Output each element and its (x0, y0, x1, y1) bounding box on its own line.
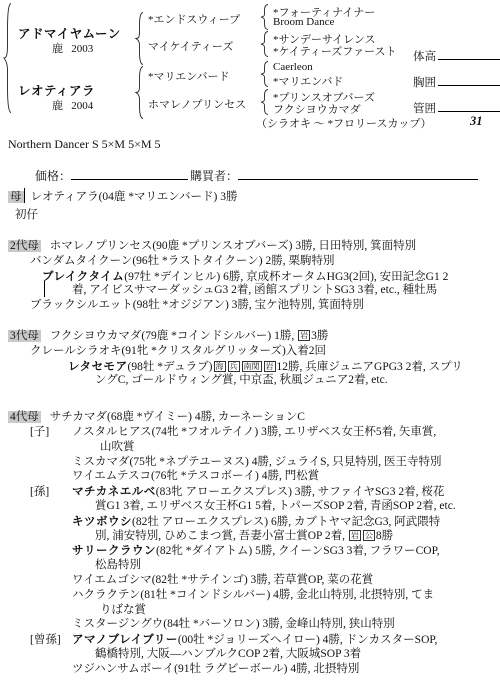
pedigree-line: ハクラクテン(81牡 *コインドシルバー) 4勝, 金北山特別, 北摂特別, て… (0, 588, 500, 603)
family-sections: 2代母ホマレノプリンセス(90鹿 *プリンスオブバーズ) 3勝, 日田特別, 箕… (0, 239, 500, 677)
line-text: フクシヨウカマダ(79鹿 *コインドシルバー) 1勝, (50, 330, 297, 342)
line-text: ノスタルヒアス(74牝 *フオルテイノ) 3勝, エリザベス女王杯5着, 矢車賞… (72, 426, 436, 438)
line-text: (82牡 アローエクスプレス) 6勝, カブトヤマ記念G3, 阿武隈特 (132, 516, 440, 528)
horse-name-bold: レタセモア (68, 359, 128, 373)
line-text: ブラックシルエット(98牡 *オジジアン) 3勝, 宝ケ池特別, 箕面特別 (30, 299, 364, 311)
measurement-label: 管囲 (413, 103, 436, 115)
line-text: サチカマダ(68鹿 *ヴイミー) 4勝, カーネーションC (50, 411, 305, 423)
buyer-label: 購買者： (190, 169, 238, 183)
pedigree-line: サリークラウン(82牝 *ダイアトム) 5勝, クイーンSG3 3着, フラワー… (0, 543, 500, 558)
pedigree-line: ブレイクタイム(97牡 *デインヒル) 6勝, 京成杯オータムHG3(2回), … (0, 269, 500, 284)
measurement-blank (438, 101, 500, 112)
tree-bar (24, 188, 25, 203)
horse-name-bold: マチカネエルベ (72, 484, 156, 498)
line-text: 別, 浦安特別, ひめこまつ賞, 吾妻小富士賞OP 2着, (95, 530, 348, 542)
line-text: りばな賞 (100, 604, 146, 616)
line-text: 鶴橋特別, 大阪―ハンブルクCOP 2着, 大阪城SOP 3着 (95, 648, 361, 660)
pedigree-line: 松島特別 (0, 558, 500, 573)
line-text: 松島特別 (95, 559, 141, 571)
line-text: ミスタージングウ(84牡 *バーソロン) 3勝, 金峰山特別, 狭山特別 (72, 618, 395, 630)
pedigree-brace (259, 31, 271, 57)
sire-year: 2003 (71, 43, 93, 55)
pedigree-line: ングC, ゴールドウィング賞, 中京盃, 秋風ジュニア2着, etc. (0, 373, 500, 388)
dam-dam: ホマレノプリンセス (148, 96, 246, 112)
line-text: ハクラクテン(81牡 *コインドシルバー) 4勝, 金北山特別, 北摂特別, て… (72, 589, 434, 601)
generation-label: 4代母 (8, 411, 41, 423)
line-text: ホマレノプリンセス(90鹿 *プリンスオブバーズ) 3勝, 日田特別, 箕面特別 (50, 240, 416, 252)
first-foal-note: 初仔 (15, 206, 237, 222)
pedigree-line: 別, 浦安特別, ひめこまつ賞, 吾妻小富士賞OP 2着, 岩公8勝 (0, 529, 500, 544)
buyer-blank (238, 168, 478, 180)
relation-label: [子] (30, 425, 72, 440)
dam-year: 2004 (71, 100, 93, 112)
inbreeding-note: Northern Dancer S 5×M 5×M 5 (8, 137, 161, 152)
measurement-blank (438, 75, 500, 86)
line-text: バンダムタイクーン(96牡 *ラストタイクーン) 2勝, 栗駒特別 (30, 255, 334, 267)
pedigree-line: ツジハンサムボーイ(91牡 ラグビーボール) 4勝, 北摂特別 (0, 662, 500, 677)
pedigree-brace (259, 61, 271, 87)
pedigree-line: 賞G1 3着, エリザベス女王杯G1 5着, トパーズSOP 2着, 青函SOP… (0, 499, 500, 514)
pedigree-line: バンダムタイクーン(96牡 *ラストタイクーン) 2勝, 栗駒特別 (0, 254, 500, 269)
relation-label: [孫] (30, 485, 72, 500)
dam-record: 母レオティアラ(04鹿 *マリエンバード) 3勝 初仔 (8, 188, 237, 222)
pedigree-line: 山吹賞 (0, 440, 500, 455)
pedigree-line: レタセモア(98牡 *デュラブ)海兵南関岩12勝, 兵庫ジュニアGPG3 2着,… (0, 359, 500, 374)
line-text: 着, アイビスサマーダッシュG3 2着, 函館スプリントSG3 3着, etc.… (72, 284, 437, 296)
price-blank (71, 168, 188, 180)
regional-circuit-box: 岩 (349, 530, 361, 541)
family-line: （シラオキ ～ *フロリースカップ） (256, 115, 431, 131)
line-text: (83牝 アローエクスプレス) 3勝, サファイヤSG3 2着, 桜花 (156, 486, 445, 498)
line-text: (82牝 *ダイアトム) 5勝, クイーンSG3 3着, フラワーCOP, (156, 545, 440, 557)
dam-sire: *マリエンバード (148, 68, 230, 84)
dam-record-text: レオティアラ(04鹿 *マリエンバード) 3勝 (31, 191, 238, 203)
horse-name-bold: キツボウシ (72, 514, 132, 528)
pedigree-line: 着, アイビスサマーダッシュG3 2着, 函館スプリントSG3 3着, etc.… (0, 283, 500, 298)
sire-sire-dam: Broom Dance (273, 16, 334, 28)
line-text: クレールシラオキ(91牝 *クリスタルグリッターズ)入着2回 (30, 345, 326, 357)
line-text: 山吹賞 (100, 441, 135, 453)
generation-head-line: 4代母サチカマダ(68鹿 *ヴイミー) 4勝, カーネーションC (0, 410, 500, 425)
regional-circuit-box: 海 (214, 361, 226, 372)
line-text: ミスカマダ(75牝 *ネプテユーヌス) 4勝, ジュライS, 只見特別, 医王寺… (72, 456, 442, 468)
pedigree-brace (134, 66, 146, 119)
pedigree-line: ミスカマダ(75牝 *ネプテユーヌス) 4勝, ジュライS, 只見特別, 医王寺… (0, 455, 500, 470)
sire-dam-dam: *ケイティーズファースト (273, 43, 397, 59)
measurement-girth: 胸囲 (413, 74, 500, 90)
family-section: 2代母ホマレノプリンセス(90鹿 *プリンスオブバーズ) 3勝, 日田特別, 箕… (0, 239, 500, 313)
family-section: 4代母サチカマダ(68鹿 *ヴイミー) 4勝, カーネーションC[子]ノスタルヒ… (0, 410, 500, 676)
line-text: 賞G1 3着, エリザベス女王杯G1 5着, トパーズSOP 2着, 青函SOP… (95, 500, 456, 512)
measurement-cannon: 管囲 (413, 100, 500, 116)
sale-row: 価格：購買者： (35, 167, 478, 184)
measurement-label: 体高 (413, 51, 436, 63)
line-text: ワイエムゴシマ(82牡 *サテインゴ) 3勝, 若草賞OP, 菜の花賞 (72, 574, 373, 586)
regional-circuit-box: 南関 (242, 361, 262, 372)
line-text: ワイエムテスコ(76牝 *テスコボーイ) 4勝, 門松賞 (72, 470, 319, 482)
sire-sire: *エンドスウィープ (148, 11, 240, 27)
pedigree-brace (259, 4, 271, 30)
regional-circuit-box: 岩 (298, 330, 310, 341)
pedigree-brace (259, 89, 271, 115)
dam-color: 鹿 (52, 100, 63, 112)
measurement-label: 胸囲 (413, 77, 436, 89)
horse-name-bold: サリークラウン (72, 543, 156, 557)
line-text: ングC, ゴールドウィング賞, 中京盃, 秋風ジュニア2着, etc. (95, 374, 388, 386)
pedigree-line: [子]ノスタルヒアス(74牝 *フオルテイノ) 3勝, エリザベス女王杯5着, … (0, 425, 500, 440)
line-text: ツジハンサムボーイ(91牡 ラグビーボール) 4勝, 北摂特別 (72, 663, 359, 675)
dam-record-line: 母レオティアラ(04鹿 *マリエンバード) 3勝 (8, 188, 237, 204)
generation-label: 3代母 (8, 330, 41, 342)
family-section: 3代母フクシヨウカマダ(79鹿 *コインドシルバー) 1勝, 岩3勝クレールシラ… (0, 329, 500, 388)
dam-sire-sire: Caerleon (273, 61, 313, 73)
pedigree-line: [孫]マチカネエルベ(83牝 アローエクスプレス) 3勝, サファイヤSG3 2… (0, 484, 500, 499)
line-text: 12勝, 兵庫ジュニアGPG3 2着, スプリ (277, 361, 463, 373)
regional-circuit-box: 兵 (228, 361, 240, 372)
measurement-height: 体高 (413, 48, 500, 64)
generation-head-line: 2代母ホマレノプリンセス(90鹿 *プリンスオブバーズ) 3勝, 日田特別, 箕… (0, 239, 500, 254)
pedigree-line: 鶴橋特別, 大阪―ハンブルクCOP 2着, 大阪城SOP 3着 (0, 647, 500, 662)
line-text: (98牡 *デュラブ) (128, 361, 213, 373)
relation-label: [曾孫] (30, 633, 72, 648)
line-text: (97牡 *デインヒル) 6勝, 京成杯オータムHG3(2回), 安田記念G1 … (124, 271, 448, 283)
generation-head-line: 3代母フクシヨウカマダ(79鹿 *コインドシルバー) 1勝, 岩3勝 (0, 329, 500, 344)
price-label: 価格： (35, 169, 71, 183)
pedigree-chart: アドマイヤムーン 鹿 2003 レオティアラ 鹿 2004 *エンドスウィープ … (0, 0, 500, 134)
generation-label: 2代母 (8, 240, 41, 252)
pedigree-line: ワイエムゴシマ(82牡 *サテインゴ) 3勝, 若草賞OP, 菜の花賞 (0, 573, 500, 588)
pedigree-line: ブラックシルエット(98牡 *オジジアン) 3勝, 宝ケ池特別, 箕面特別 (0, 298, 500, 313)
regional-circuit-box: 公 (363, 530, 375, 541)
line-text: 8勝 (376, 530, 393, 542)
dam-color-year: 鹿 2004 (52, 97, 93, 113)
measurement-blank (438, 49, 500, 60)
pedigree-line: ミスタージングウ(84牡 *バーソロン) 3勝, 金峰山特別, 狭山特別 (0, 617, 500, 632)
pedigree-brace (134, 12, 146, 65)
pedigree-line: キツボウシ(82牡 アローエクスプレス) 6勝, カブトヤマ記念G3, 阿武隈特 (0, 514, 500, 529)
horse-name-bold: アマノブレイブリー (72, 632, 178, 646)
horse-name-bold: ブレイクタイム (42, 269, 124, 283)
regional-circuit-box: 岩 (264, 361, 276, 372)
pedigree-line: クレールシラオキ(91牝 *クリスタルグリッターズ)入着2回 (0, 344, 500, 359)
pedigree-line: ワイエムテスコ(76牝 *テスコボーイ) 4勝, 門松賞 (0, 469, 500, 484)
line-text: 3勝 (311, 330, 328, 342)
sire-color: 鹿 (52, 43, 63, 55)
pedigree-brace (2, 3, 14, 113)
pedigree-line: [曾孫]アマノブレイブリー(00牡 *ジョリーズヘイロー) 4勝, ドンカスター… (0, 632, 500, 647)
dam-sire-dam: *マリエンバド (273, 73, 343, 89)
pedigree-line: りばな賞 (0, 603, 500, 618)
catalog-page: アドマイヤムーン 鹿 2003 レオティアラ 鹿 2004 *エンドスウィープ … (0, 0, 500, 690)
sire-color-year: 鹿 2003 (52, 40, 93, 56)
family-number: 31 (470, 114, 483, 129)
line-text: (00牡 *ジョリーズヘイロー) 4勝, ドンカスターSOP, (178, 634, 438, 646)
sire-dam: マイケイティーズ (148, 38, 233, 54)
dam-label: 母 (8, 191, 24, 203)
